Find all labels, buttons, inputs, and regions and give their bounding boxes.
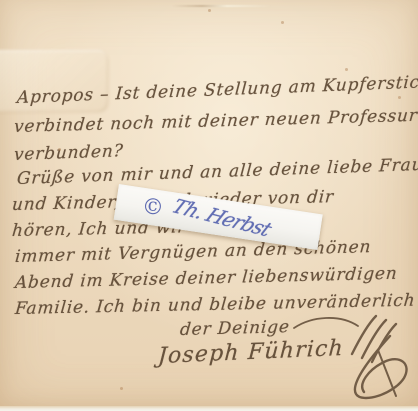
signature-flourish-icon [292, 306, 418, 406]
paper-speck [208, 9, 211, 12]
paper-crease [172, 5, 272, 7]
letter-closing: der Deinige [179, 317, 290, 340]
letter-line: Abend im Kreise deiner liebenswürdigen [14, 264, 398, 293]
paper-speck [120, 387, 123, 390]
paper-speck [345, 68, 348, 71]
copyright-icon: © [141, 194, 164, 220]
letter-page: Apropos – Ist deine Stellung am Kupferst… [0, 0, 418, 411]
paper-speck [281, 21, 284, 24]
scan-edge [0, 406, 418, 411]
letter-line: verbunden? [13, 141, 124, 165]
paper-speck [398, 96, 401, 99]
paper-speck [58, 148, 61, 151]
